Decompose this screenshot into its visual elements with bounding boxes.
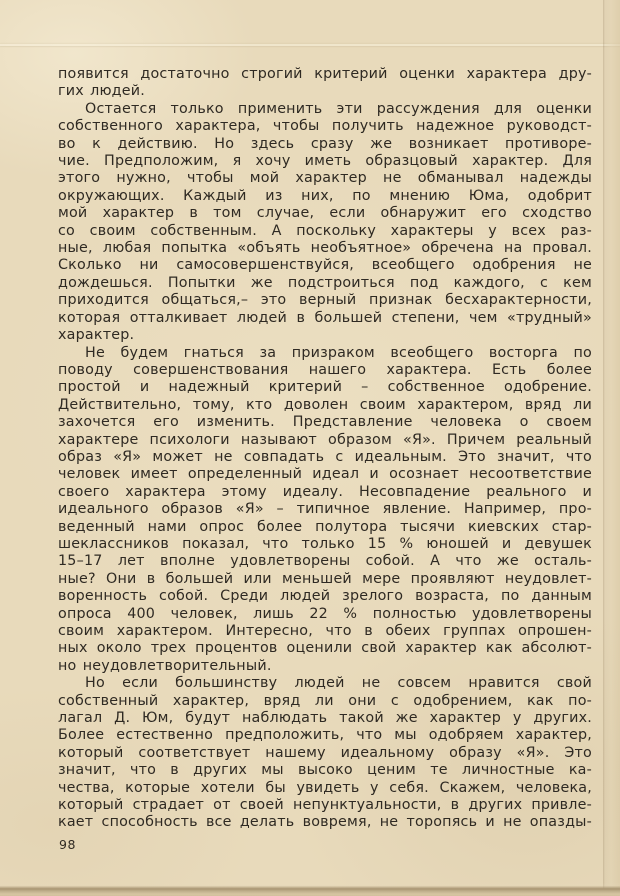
text-line: человек имеет определенный идеал и осозн… [58,466,592,483]
text-line: во к действию. Но здесь сразу же возника… [58,136,592,153]
page-number: 98 [59,837,76,852]
text-line: характере психологи называют образом «Я»… [58,432,592,449]
text-line: окружающих. Каждый из них, по мнению Юма… [58,188,592,205]
right-page-edge-shadow [603,0,620,896]
text-line: характер. [58,327,592,344]
text-line: которая отталкивает людей в большей степ… [58,310,592,327]
text-line: лагал Д. Юм, будут наблюдать такой же ха… [58,710,592,727]
text-line: приходится общаться,– это верный признак… [58,292,592,309]
text-line: мой характер в том случае, если обнаружи… [58,205,592,222]
text-line: Не будем гнаться за призраком всеобщего … [58,345,592,362]
text-line: простой и надежный критерий – собственно… [58,379,592,396]
paragraph: Остается только применить эти рассуждени… [58,101,592,345]
text-line: чие. Предположим, я хочу иметь образцовы… [58,153,592,170]
text-line: Но если большинству людей не совсем нрав… [58,675,592,692]
text-line: дождешься. Попытки же подстроиться под к… [58,275,592,292]
text-line: который страдает от своей непунктуальнос… [58,797,592,814]
text-line: шеклассников показал, что только 15 % юн… [58,536,592,553]
text-block: появится достаточно строгий критерий оце… [58,66,592,832]
text-line: со своим собственным. А поскольку характ… [58,223,592,240]
text-line: появится достаточно строгий критерий оце… [58,66,592,83]
text-line: своего характера этому идеалу. Несовпаде… [58,484,592,501]
book-page: появится достаточно строгий критерий оце… [0,0,620,896]
paragraph: Но если большинству людей не совсем нрав… [58,675,592,832]
text-line: кает способность все делать вовремя, не … [58,814,592,831]
text-line: Остается только применить эти рассуждени… [58,101,592,118]
text-line: 15–17 лет вполне удовлетворены собой. А … [58,553,592,570]
text-line: ные, любая попытка «объять необъятное» о… [58,240,592,257]
text-line: воренность собой. Среди людей зрелого во… [58,588,592,605]
paragraph: Не будем гнаться за призраком всеобщего … [58,345,592,676]
text-line: ных около трех процентов оценили свой ха… [58,640,592,657]
text-line: своим характером. Интересно, что в обеих… [58,623,592,640]
text-line: поводу совершенствования нашего характер… [58,362,592,379]
text-line: веденный нами опрос более полутора тысяч… [58,519,592,536]
text-line: образ «Я» может не совпадать с идеальным… [58,449,592,466]
text-line: который соответствует нашему идеальному … [58,745,592,762]
text-line: этого нужно, чтобы мой характер не обман… [58,170,592,187]
text-line: собственного характера, чтобы получить н… [58,118,592,135]
text-line: чества, которые хотели бы увидеть у себя… [58,780,592,797]
text-line: значит, что в других мы высоко ценим те … [58,762,592,779]
paper-crease [0,44,620,46]
text-line: идеального образов «Я» – типичное явлени… [58,501,592,518]
bottom-page-edge-shadow [0,883,620,896]
paragraph: появится достаточно строгий критерий оце… [58,66,592,101]
text-line: но неудовлетворительный. [58,658,592,675]
text-line: захочется его изменить. Представление че… [58,414,592,431]
text-line: Действительно, тому, кто доволен своим х… [58,397,592,414]
text-line: опроса 400 человек, лишь 22 % полностью … [58,606,592,623]
text-line: Сколько ни самосовершенствуйся, всеобщег… [58,257,592,274]
text-line: гих людей. [58,83,592,100]
text-line: ные? Они в большей или меньшей мере проя… [58,571,592,588]
text-line: собственный характер, вряд ли они с одоб… [58,693,592,710]
text-line: Более естественно предположить, что мы о… [58,727,592,744]
